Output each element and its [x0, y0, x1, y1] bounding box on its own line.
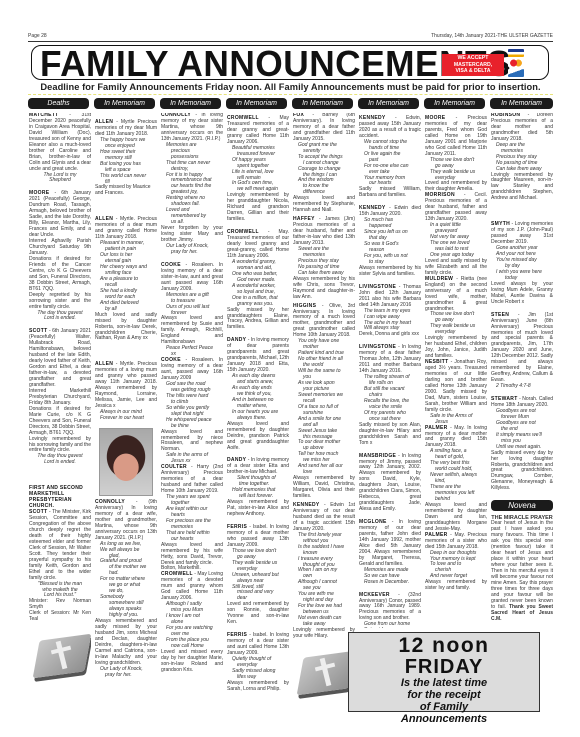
- notice-church-scott: FIRST AND SECOND MARKETHILL PRESBYTERIAN…: [29, 486, 91, 623]
- notice-cooke-2: COOKE - Rosaleen. In loving memory of a …: [161, 358, 223, 465]
- notice-palmer-1: PALMER - May. In loving memory of a dear…: [425, 426, 487, 533]
- notice-muldrew: MULDREW - Rietta (nee England) on the se…: [425, 277, 487, 360]
- section-tab-novena: Novena: [491, 500, 553, 511]
- bible-icon: [31, 633, 91, 685]
- column-in-memoriam-5: FOX - Barney (6th Anniversary). In lovin…: [293, 113, 355, 733]
- notice-robinson: ROBINSON - Doreen Precious memories of a…: [491, 113, 553, 202]
- badge-line: WE ACCEPT: [442, 55, 504, 62]
- column-in-memoriam-7: MOORE - Precious memories of my dear par…: [425, 113, 487, 628]
- notice-coulter: COULTER - Harry (2nd Anniversary) Precio…: [161, 465, 223, 572]
- notice-nesbitt: NESBITT - Jonathan Roy, aged 3½ years. T…: [425, 360, 487, 425]
- notice-cromwell-2: CROMWELL - May. Treasured memories of ou…: [227, 230, 289, 331]
- notice-kennedy: KENNEDY - Edwin 1st Anniversary of our d…: [293, 503, 355, 640]
- notice-kennedy-1: KENNEDY - Edwin, passed away 15th Januar…: [359, 116, 421, 199]
- divider: [28, 94, 553, 95]
- column-deaths: MATCHETT - 31st December 2020 peacefully…: [29, 113, 91, 733]
- memorial-photo: [99, 428, 153, 496]
- notice-matchett: MATCHETT - 31st December 2020 peacefully…: [29, 113, 91, 184]
- column-in-memoriam-3: CONNOLLY - In loving memory of my dear s…: [161, 113, 223, 733]
- notice-stewart: STEWART - Norah. Called Home 18th Januar…: [491, 397, 553, 492]
- section-tab-in-memoriam: In Memoriam: [424, 98, 485, 109]
- page-number: Page 28: [28, 33, 47, 39]
- masthead: FAMILY ANNOUNCEMENTS WE ACCEPT MASTERCAR…: [31, 45, 549, 80]
- notice-moore: MOORE - 6th January 2021 (Peacefully) Ge…: [29, 191, 91, 322]
- notice-mcglone: MCGLONE - In loving memory of our dear p…: [359, 520, 421, 585]
- notice-allen-3: ALLEN - Myrtle. Precious memories of a l…: [95, 362, 157, 422]
- notice-allen-2: ALLEN - Myrtle. Precious memories of a d…: [95, 217, 157, 342]
- notice-palmer-2: PALMER - May. Precious memories of a sis…: [425, 533, 487, 593]
- promo-text: Announcements: [349, 713, 539, 725]
- column-in-memoriam-8: ROBINSON - Doreen Precious memories of a…: [491, 113, 553, 628]
- payment-badge: WE ACCEPT MASTERCARD, VISA & DELTA: [442, 54, 504, 76]
- notice-dandy-1: DANDY - In loving memory of dear parents…: [227, 338, 289, 451]
- notice-cromwell-1: CROMWELL - May Treasured memories of a d…: [227, 116, 289, 223]
- section-tab-in-memoriam: In Memoriam: [490, 98, 553, 109]
- notice-fox: FOX - Barney (6th Anniversary). In lovin…: [293, 113, 355, 214]
- notice-smyth: SMYTH - Loving memories of my son J.P. (…: [491, 222, 553, 305]
- column-in-memoriam-2: ALLEN - Myrtle Precious memories of my d…: [95, 113, 157, 733]
- section-tab-in-memoriam: In Memoriam: [94, 98, 155, 109]
- column-in-memoriam-6: KENNEDY - Edwin, passed away 15th Januar…: [359, 113, 421, 628]
- notice-ferris-2: FERRIS - Isabel. In loving memory of a d…: [227, 633, 289, 693]
- deadline-notice: Deadline for Family Announcements Friday…: [28, 82, 553, 92]
- notice-scott: SCOTT - 6th January 2021 (Peacefully) Wa…: [29, 329, 91, 466]
- notice-haffey: HAFFEY - James (Jim) Precious memories o…: [293, 217, 355, 300]
- notice-allen-1: ALLEN - Myrtle Precious memories of my d…: [95, 120, 157, 197]
- masthead-title: FAMILY ANNOUNCEMENTS: [40, 46, 511, 81]
- section-tab-deaths: Deaths: [28, 98, 89, 109]
- notice-connolly-sister: CONNOLLY - In loving memory of my dear s…: [161, 113, 223, 256]
- page-header-strip: Page 28 Thursday, 14th January 2021-THE …: [28, 33, 553, 42]
- promo-text: Is the latest time: [349, 677, 539, 689]
- badge-line: VISA & DELTA: [442, 68, 504, 75]
- notice-mckeever: MCKEEVER - (32nd Anniversary) Conor, pas…: [359, 593, 421, 628]
- notice-higgins: HIGGINS - Olive, 3rd Anniversary. In lov…: [293, 304, 355, 500]
- page-date-line: Thursday, 14th January 2021-THE ULSTER G…: [431, 33, 553, 39]
- deadline-promo-box: 12 noon FRIDAY Is the latest time for th…: [348, 632, 540, 712]
- visa-card-icon: [508, 49, 524, 57]
- promo-time: 12 noon: [349, 635, 539, 657]
- section-tab-in-memoriam: In Memoriam: [358, 98, 419, 109]
- notice-mansbridge: MANSBRIDGE - In loving memory of Jimmy, …: [359, 454, 421, 514]
- column-in-memoriam-4: CROMWELL - May Treasured memories of a d…: [227, 113, 289, 733]
- notice-cromwell: CROMWELL - May Loving memories of a devo…: [161, 572, 223, 673]
- card-logos: [508, 49, 526, 78]
- promo-text: of Family: [349, 701, 539, 713]
- notice-kennedy-2: KENNEDY - Edwin died 15th January 2020. …: [359, 206, 421, 277]
- notice-connolly: CONNOLLY - (9th Anniversary) In loving m…: [95, 500, 157, 679]
- bible-icon: [295, 650, 355, 702]
- delta-card-icon: [508, 69, 524, 77]
- section-tab-in-memoriam: In Memoriam: [226, 98, 287, 109]
- mastercard-icon: [508, 59, 524, 67]
- notice-morrison: MORRISON - Cecil. Precious memories of a…: [425, 193, 487, 276]
- notice-livingstone-1: LIVINGSTONE - Thomas John died 12th Janu…: [359, 285, 421, 339]
- section-tab-in-memoriam: In Memoriam: [292, 98, 353, 109]
- promo-text: for the receipt: [349, 689, 539, 701]
- notice-moore: MOORE - Precious memories of my dear par…: [425, 116, 487, 193]
- notice-livingstone-2: LIVINGSTONE - In loving memory of a dear…: [359, 345, 421, 446]
- notice-dandy-2: DANDY - In loving memory of a dear siste…: [227, 458, 289, 518]
- notice-cooke-1: COOKE - Rosaleen. In loving memory of a …: [161, 263, 223, 358]
- section-tab-in-memoriam: In Memoriam: [160, 98, 221, 109]
- badge-line: MASTERCARD,: [442, 62, 504, 69]
- notice-steen: STEEN - Jim (1st Anniversary) June (8th …: [491, 313, 553, 390]
- promo-day: FRIDAY: [349, 657, 539, 677]
- notice-ferris-1: FERRIS - Isabel. In loving memory of a d…: [227, 525, 289, 626]
- notice-novena: THE MIRACLE PRAYER Dear heart of Jesus i…: [491, 515, 553, 622]
